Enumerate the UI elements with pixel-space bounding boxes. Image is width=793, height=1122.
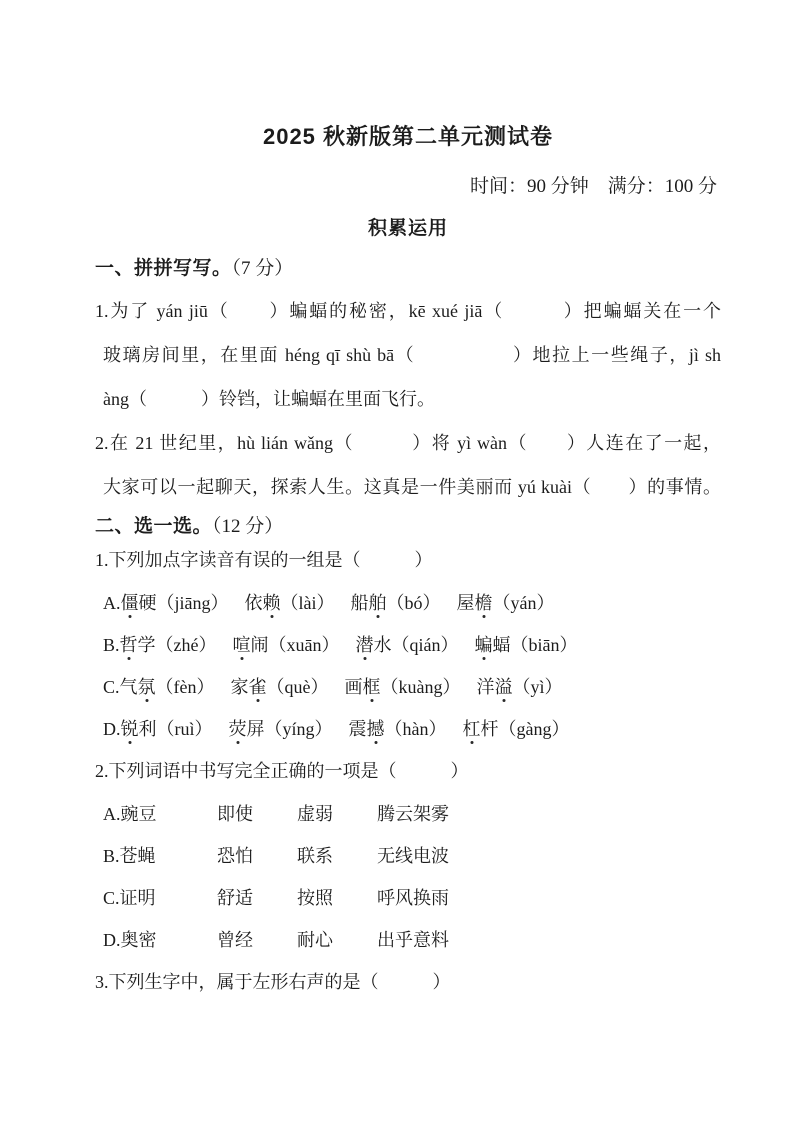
option-word: 虚弱 [297,793,377,835]
dotted-char: 锐 [121,719,139,739]
option-word: 舒适 [217,877,297,919]
option-word: 喧闹（xuān） [233,624,340,666]
question3-stem: 3.下列生字中，属于左形右声的是（ ） [95,961,721,1004]
section1-heading-text: 一、拼拼写写。 [95,258,232,279]
option-label: A. [103,593,121,613]
q2-option-row-D: D.奥密 曾经 耐心 出乎意料 [95,919,721,961]
option-word: D.奥密 [103,919,217,961]
section2-score: （12 分） [212,516,283,537]
option-word: 屋檐（yán） [457,582,555,624]
option-word: A.豌豆 [103,793,217,835]
item-line: 玻璃房间里，在里面 héng qī shù bā（ ）地拉上一些绳子，jì sh [95,333,721,377]
option-word: B.苍蝇 [103,835,217,877]
item-line: àng（ ）铃铛，让蝙蝠在里面飞行。 [95,377,721,421]
dotted-char: 赖 [263,593,281,613]
q1-option-row-B: B.哲学（zhé） 喧闹（xuān） 潜水（qián） 蝙蝠（biān） [95,624,721,666]
option-word: 家雀（què） [231,666,329,708]
pinyin-fill-item-1: 1.为了 yán jiū（ ）蝙蝠的秘密，kē xué jiā（ ）把蝙蝠关在一… [95,289,721,421]
q2-option-row-B: B.苍蝇 恐怕 联系 无线电波 [95,835,721,877]
option-label: B. [103,635,120,655]
dotted-char: 喧 [233,635,251,655]
option-word: 船舶（bó） [351,582,441,624]
q1-option-row-A: A.僵硬（jiāng） 依赖（lài） 船舶（bó） 屋檐（yán） [95,582,721,624]
q2-option-row-A: A.豌豆 即使 虚弱 腾云架雾 [95,793,721,835]
dotted-char: 雀 [249,677,267,697]
dotted-char: 溢 [495,677,513,697]
time-score-line: 时间：90 分钟 满分：100 分 [95,176,721,198]
option-word: 无线电波 [377,835,721,877]
option-word: 画框（kuàng） [345,666,461,708]
option-word: 联系 [297,835,377,877]
option-word: 腾云架雾 [377,793,721,835]
option-word: 耐心 [297,919,377,961]
option-word: 震撼（hàn） [349,708,447,750]
option-label: C. [103,888,120,908]
dotted-char: 潜 [356,635,374,655]
option-word: 恐怕 [217,835,297,877]
item-line: 2.在 21 世纪里，hù lián wǎng（ ）将 yì wàn（ ）人连在… [95,421,721,465]
option-label: D. [103,719,121,739]
part-header: 积累运用 [95,218,721,240]
option-word: 潜水（qián） [356,624,459,666]
option-word: 洋溢（yì） [477,666,563,708]
option-word: 依赖（lài） [245,582,335,624]
dotted-char: 框 [363,677,381,697]
item-line: 大家可以一起聊天，探索人生。这真是一件美丽而 yú kuài（ ）的事情。 [95,465,721,509]
option-word: 杠杆（gàng） [463,708,570,750]
option-label: C. [103,677,120,697]
section2-heading: 二、选一选。（12 分） [95,515,721,539]
option-word: 呼风换雨 [377,877,721,919]
question1-stem: 1.下列加点字读音有误的一组是（ ） [95,539,721,582]
dotted-char: 荧 [229,719,247,739]
pinyin-fill-item-2: 2.在 21 世纪里，hù lián wǎng（ ）将 yì wàn（ ）人连在… [95,421,721,509]
dotted-char: 蝙 [475,635,493,655]
dotted-char: 哲 [120,635,138,655]
dotted-char: 撼 [367,719,385,739]
dotted-char: 舶 [369,593,387,613]
section1-score: （7 分） [232,258,294,279]
q1-option-row-C: C.气氛（fèn） 家雀（què） 画框（kuàng） 洋溢（yì） [95,666,721,708]
q1-option-row-D: D.锐利（ruì） 荧屏（yíng） 震撼（hàn） 杠杆（gàng） [95,708,721,750]
dotted-char: 杠 [463,719,481,739]
test-paper-page: 2025 秋新版第二单元测试卷 时间：90 分钟 满分：100 分 积累运用 一… [0,0,793,1122]
section1-heading: 一、拼拼写写。（7 分） [95,257,721,281]
page-title: 2025 秋新版第二单元测试卷 [95,125,721,149]
item-line: 1.为了 yán jiū（ ）蝙蝠的秘密，kē xué jiā（ ）把蝙蝠关在一… [95,289,721,333]
option-word: 即使 [217,793,297,835]
option-word: C.证明 [103,877,217,919]
option-label: B. [103,846,120,866]
dotted-char: 僵 [121,593,139,613]
question2-stem: 2.下列词语中书写完全正确的一项是（ ） [95,750,721,793]
option-word: B.哲学（zhé） [103,624,217,666]
option-word: 曾经 [217,919,297,961]
dotted-char: 氛 [138,677,156,697]
option-label: A. [103,804,121,824]
dotted-char: 檐 [475,593,493,613]
option-word: 按照 [297,877,377,919]
option-word: 蝙蝠（biān） [475,624,578,666]
q2-option-row-C: C.证明 舒适 按照 呼风换雨 [95,877,721,919]
option-word: 荧屏（yíng） [229,708,333,750]
option-word: D.锐利（ruì） [103,708,213,750]
option-word: A.僵硬（jiāng） [103,582,229,624]
section2-heading-text: 二、选一选。 [95,516,212,537]
option-label: D. [103,930,121,950]
option-word: 出乎意料 [377,919,721,961]
option-word: C.气氛（fèn） [103,666,215,708]
